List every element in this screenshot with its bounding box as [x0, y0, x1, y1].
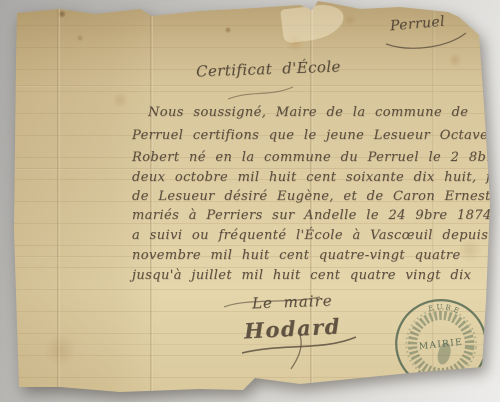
body-line: de Lesueur désiré Eugène, et de Caron Er… — [132, 189, 500, 204]
vertical-fold-crease — [57, 0, 60, 402]
horizontal-fold-crease — [14, 85, 488, 87]
body-line: Nous soussigné, Maire de la commune de — [148, 105, 468, 120]
body-line: novembre mil huit cent quatre-vingt quat… — [132, 248, 461, 263]
body-line: Robert né en la commune du Perruel le 2 … — [132, 150, 500, 165]
official-mairie-stamp: EURE PERRUEL MAIRIE — [387, 291, 495, 399]
signature-role: Le maire — [252, 292, 333, 313]
body-line: jusqu'à juillet mil huit cent quatre vin… — [132, 268, 471, 283]
photo-of-document: Perruel Certificat d'École Nous soussign… — [0, 0, 500, 402]
body-line: a suivi ou fréquenté l'École à Vascœuil … — [132, 228, 488, 243]
stamp-bottom-text: PERRUEL — [414, 368, 462, 388]
signature-name: Hodard — [243, 313, 341, 343]
body-line: mariés à Perriers sur Andelle le 24 9bre… — [132, 208, 492, 223]
body-line: deux octobre mil huit cent soixante dix … — [132, 170, 500, 185]
body-line: Perruel certifions que le jeune Lesueur … — [132, 128, 488, 143]
stamp-center-text: MAIRIE — [418, 337, 463, 353]
aged-letter-paper: Perruel Certificat d'École Nous soussign… — [0, 0, 500, 402]
paper-shadow-wrap: Perruel Certificat d'École Nous soussign… — [0, 0, 500, 402]
